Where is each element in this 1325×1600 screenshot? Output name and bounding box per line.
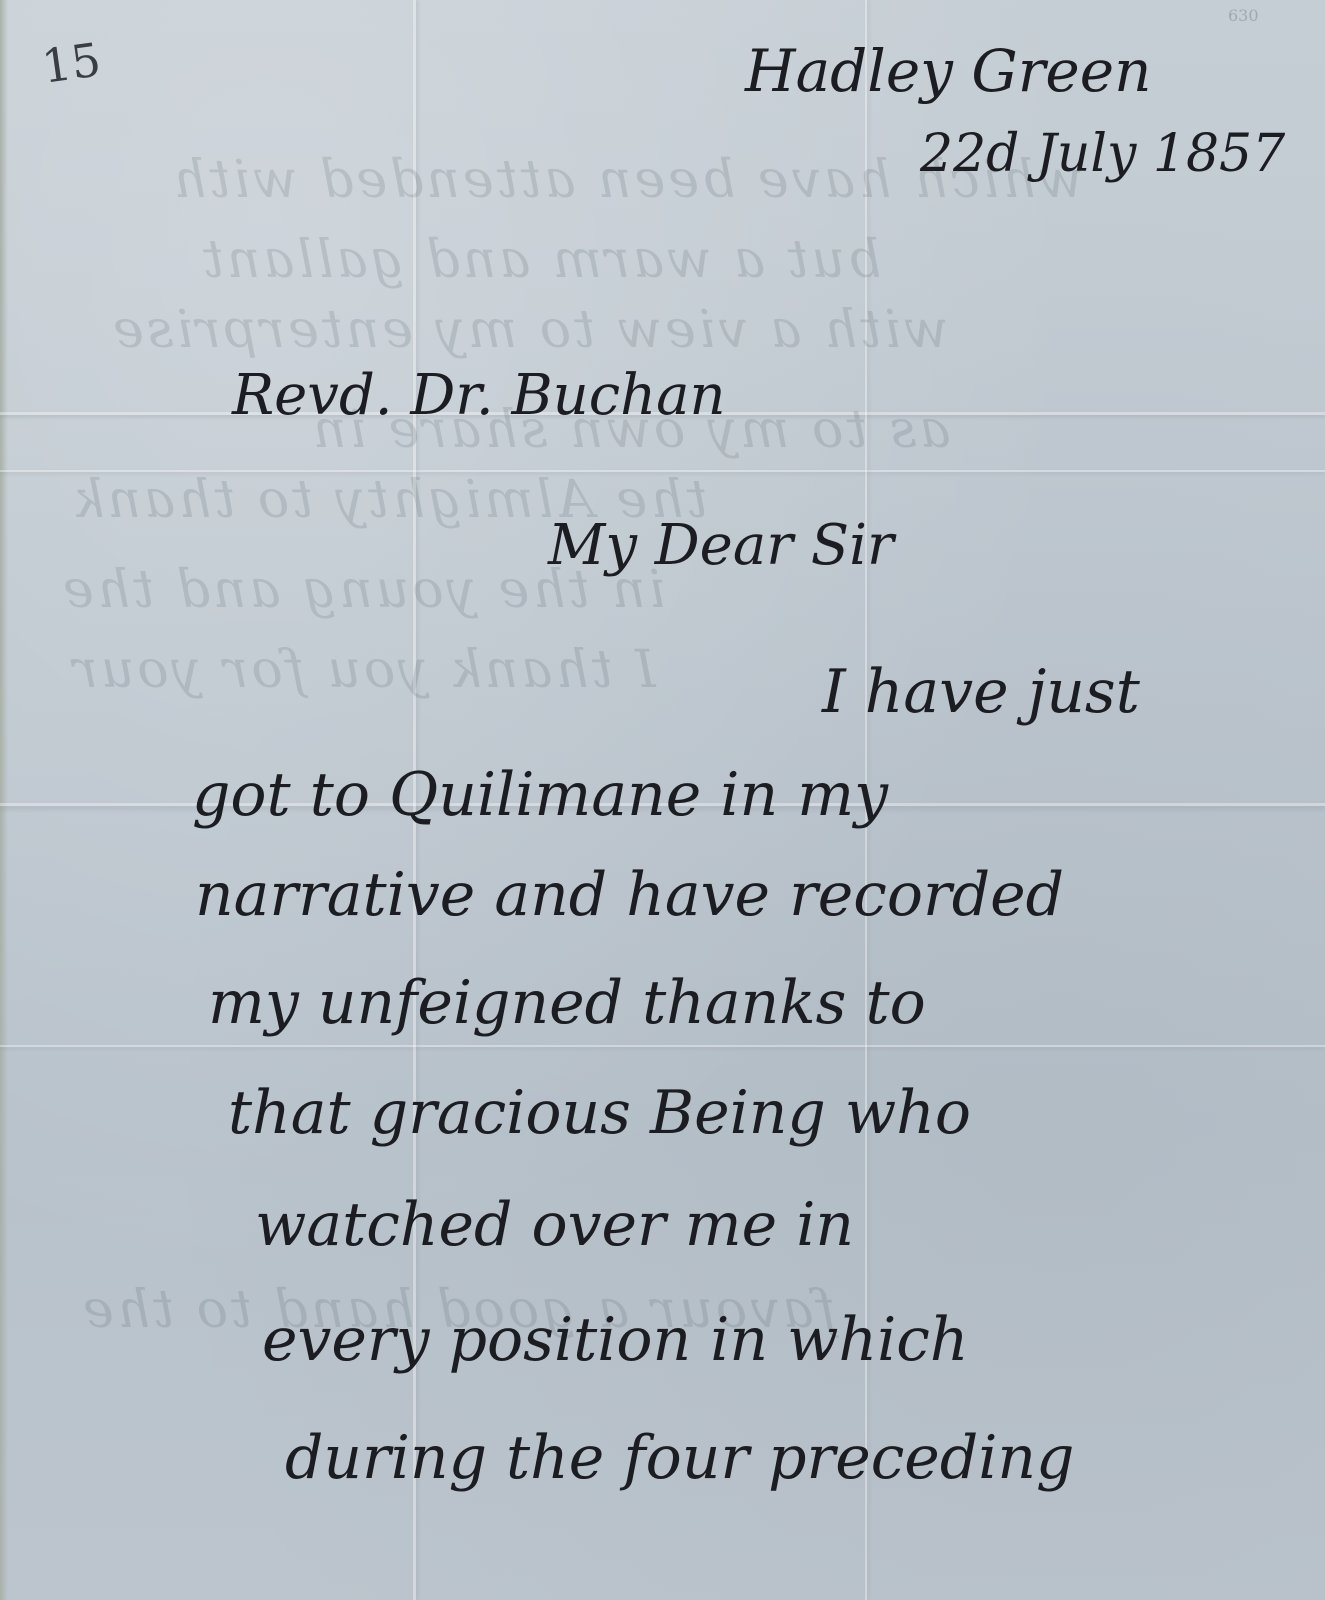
bleed-through-text: I thank you for your — [70, 640, 656, 700]
bleed-through-text: with a view to my enterprise — [110, 300, 948, 360]
archive-mark: 630 — [1228, 8, 1259, 24]
page-number: 15 — [39, 36, 103, 90]
body-line: watched over me in — [255, 1195, 854, 1255]
body-line: narrative and have recorded — [195, 865, 1064, 925]
letter-date: 22d July 1857 — [920, 128, 1285, 180]
body-line: got to Quilimane in my — [192, 765, 888, 825]
fold-line — [0, 1045, 1325, 1047]
letter-salutation: My Dear Sir — [548, 518, 894, 574]
body-line: that gracious Being who — [228, 1083, 971, 1143]
letter-recipient: Revd. Dr. Buchan — [232, 368, 726, 424]
letter-place: Hadley Green — [745, 42, 1151, 100]
letter-page: which have been attended with but a warm… — [0, 0, 1325, 1600]
body-line: I have just — [822, 662, 1140, 722]
body-line: every position in which — [262, 1310, 969, 1370]
bleed-through-text: but a warm and gallant — [200, 230, 881, 290]
body-line: my unfeigned thanks to — [208, 973, 926, 1033]
paper-edge — [0, 0, 8, 1600]
body-line: during the four preceding — [285, 1428, 1074, 1488]
